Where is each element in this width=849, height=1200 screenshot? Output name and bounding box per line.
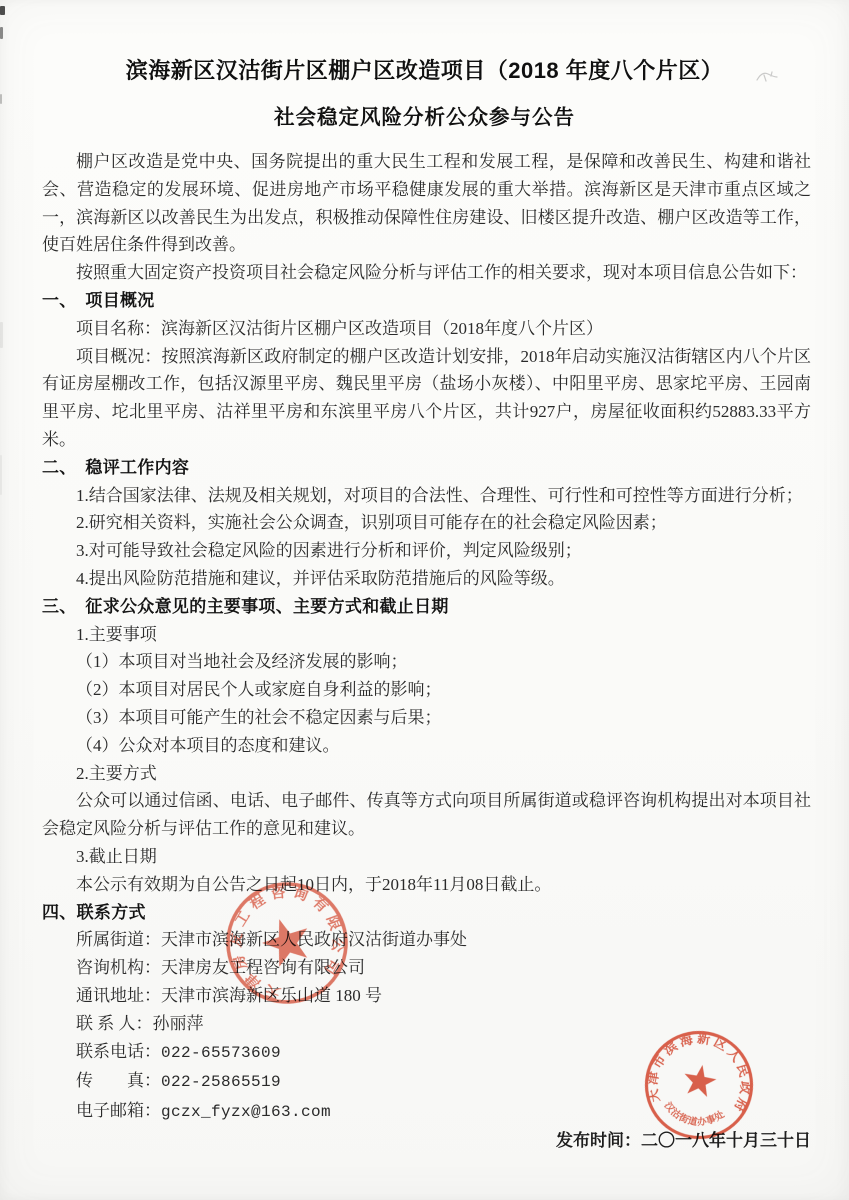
contact-row-email: 电子邮箱：gczx_fyzx@163.com xyxy=(42,1097,811,1127)
list-item: 3.对可能导致社会稳定风险的因素进行分析和评价，判定风险级别； xyxy=(42,537,811,565)
section1-heading: 一、 项目概况 xyxy=(42,287,811,315)
scan-artifact xyxy=(0,94,2,104)
contact-value: 天津房友工程咨询有限公司 xyxy=(161,958,365,977)
document-title: 滨海新区汉沽街片区棚户区改造项目（2018 年度八个片区） xyxy=(42,56,807,86)
contact-value: 022-65573609 xyxy=(161,1044,281,1062)
scan-artifact xyxy=(0,322,3,348)
deadline-line: 本公示有效期为自公告之日起10日内，于2018年11月08日截止。 xyxy=(42,871,811,899)
contact-row-phone: 联系电话：022-65573609 xyxy=(42,1038,811,1068)
sub-section-title: 1.主要事项 xyxy=(42,621,811,649)
contact-value: 天津市滨海新区乐山道 180 号 xyxy=(161,986,382,1005)
contact-label: 联 系 人： xyxy=(76,1014,153,1033)
list-item: （3）本项目可能产生的社会不稳定因素与后果； xyxy=(42,704,811,732)
project-overview-paragraph: 项目概况：按照滨海新区政府制定的棚户区改造计划安排，2018年启动实施汉沽街辖区… xyxy=(42,343,811,454)
scan-artifact xyxy=(0,6,5,15)
contact-row-person: 联 系 人：孙丽萍 xyxy=(42,1010,811,1038)
document-subtitle: 社会稳定风险分析公众参与公告 xyxy=(42,103,807,133)
scan-artifact xyxy=(0,27,3,39)
contact-label: 所属街道： xyxy=(76,930,161,949)
contact-row-fax: 传 真：022-25865519 xyxy=(42,1067,811,1097)
contact-value: 022-25865519 xyxy=(161,1073,281,1091)
contact-value: 天津市滨海新区人民政府汉沽街道办事处 xyxy=(161,930,467,949)
sub-section-title: 3.截止日期 xyxy=(42,843,811,871)
contact-row-agency: 咨询机构：天津房友工程咨询有限公司 xyxy=(42,954,811,982)
list-item: （4）公众对本项目的态度和建议。 xyxy=(42,732,811,760)
contact-label: 联系电话： xyxy=(76,1042,161,1061)
contact-value: gczx_fyzx@163.com xyxy=(161,1103,331,1121)
section2-heading: 二、 稳评工作内容 xyxy=(42,454,811,482)
feedback-methods-paragraph: 公众可以通过信函、电话、电子邮件、传真等方式向项目所属街道或稳评咨询机构提出对本… xyxy=(42,787,811,843)
project-name-line: 项目名称：滨海新区汉沽街片区棚户区改造项目（2018年度八个片区） xyxy=(42,315,811,343)
contact-label: 通讯地址： xyxy=(76,986,161,1005)
publish-date-line: 发布时间：二〇一八年十月三十日 xyxy=(42,1127,811,1155)
intro-paragraph-1: 棚户区改造是党中央、国务院提出的重大民生工程和发展工程，是保障和改善民生、构建和… xyxy=(42,148,811,259)
list-item: 2.研究相关资料，实施社会公众调查，识别项目可能存在的社会稳定风险因素； xyxy=(42,509,811,537)
list-item: （1）本项目对当地社会及经济发展的影响； xyxy=(42,648,811,676)
list-item: （2）本项目对居民个人或家庭自身利益的影响； xyxy=(42,676,811,704)
list-item: 4.提出风险防范措施和建议，并评估采取防范措施后的风险等级。 xyxy=(42,565,811,593)
section4-heading: 四、联系方式 xyxy=(42,899,811,927)
sub-section-title: 2.主要方式 xyxy=(42,760,811,788)
document-page: 滨海新区汉沽街片区棚户区改造项目（2018 年度八个片区） 社会稳定风险分析公众… xyxy=(0,0,849,1200)
contact-label: 咨询机构： xyxy=(76,958,161,977)
contact-value: 孙丽萍 xyxy=(153,1014,204,1033)
scan-artifact xyxy=(0,455,2,495)
list-item: 1.结合国家法律、法规及相关规划，对项目的合法性、合理性、可行性和可控性等方面进… xyxy=(42,482,811,510)
pencil-mark xyxy=(752,62,788,90)
intro-paragraph-2: 按照重大固定资产投资项目社会稳定风险分析与评估工作的相关要求，现对本项目信息公告… xyxy=(42,259,811,287)
document-body: 棚户区改造是党中央、国务院提出的重大民生工程和发展工程，是保障和改善民生、构建和… xyxy=(42,148,811,1155)
section3-heading: 三、 征求公众意见的主要事项、主要方式和截止日期 xyxy=(42,593,811,621)
contact-row-address: 通讯地址：天津市滨海新区乐山道 180 号 xyxy=(42,982,811,1010)
contact-label: 传 真： xyxy=(76,1071,161,1090)
contact-row-street: 所属街道：天津市滨海新区人民政府汉沽街道办事处 xyxy=(42,926,811,954)
contact-label: 电子邮箱： xyxy=(76,1101,161,1120)
